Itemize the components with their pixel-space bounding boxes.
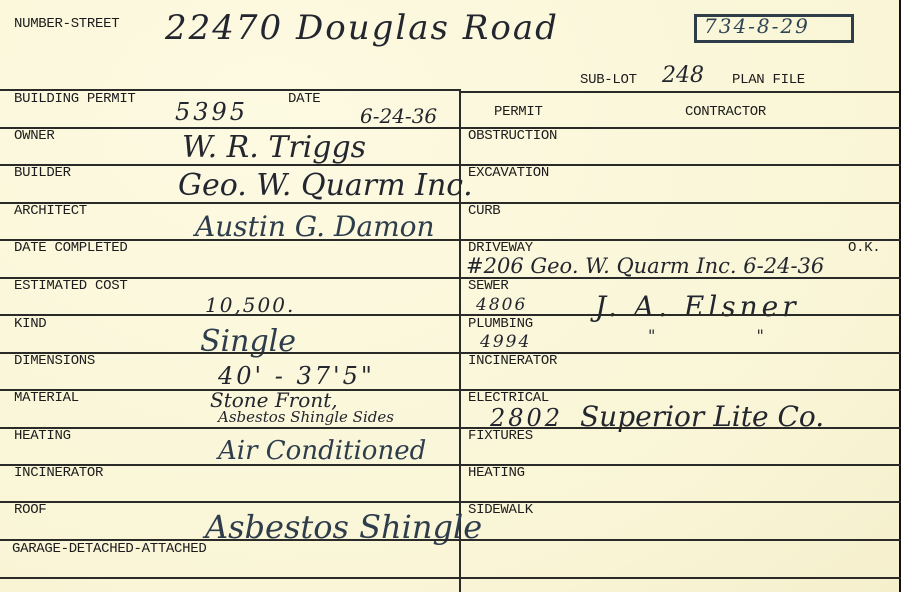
rule-line: [0, 577, 459, 579]
rule-line: [0, 464, 459, 466]
builder-value: Geo. W. Quarm Inc.: [178, 168, 473, 203]
rule-line: [459, 501, 901, 503]
rule-line: [459, 539, 901, 541]
sewer-contractor: J. A. Elsner: [595, 290, 800, 323]
heating-permit-label: HEATING: [468, 465, 525, 481]
rule-line: [459, 91, 901, 93]
plumbing-permit: 4994: [480, 332, 531, 352]
rule-line: [459, 277, 901, 279]
rule-line: [0, 501, 459, 503]
rule-line: [0, 127, 459, 129]
garage-label: GARAGE-DETACHED-ATTACHED: [12, 541, 206, 557]
rule-line: [459, 427, 901, 429]
rule-line: [459, 314, 901, 316]
rule-line: [459, 239, 901, 241]
kind-value: Single: [200, 324, 296, 359]
sub-lot-value: 248: [662, 63, 704, 88]
owner-value: W. R. Triggs: [182, 130, 366, 165]
fixtures-label: FIXTURES: [468, 428, 533, 444]
rule-line: [459, 127, 901, 129]
permit-date-value: 6-24-36: [360, 104, 437, 128]
builder-label: BUILDER: [14, 165, 71, 181]
rule-line: [459, 464, 901, 466]
owner-label: OWNER: [14, 128, 55, 144]
rule-line: [0, 164, 459, 166]
dimensions-label: DIMENSIONS: [14, 353, 95, 369]
rule-line: [0, 239, 459, 241]
estimated-cost-label: ESTIMATED COST: [14, 278, 127, 294]
rule-line: [0, 427, 459, 429]
sidewalk-label: SIDEWALK: [468, 502, 533, 518]
heating-label: HEATING: [14, 428, 71, 444]
kind-label: KIND: [14, 316, 46, 332]
plumbing-contractor-ditto: " ": [648, 326, 812, 345]
rule-line: [459, 389, 901, 391]
contractor-column-header: CONTRACTOR: [685, 104, 766, 120]
rule-line: [0, 539, 459, 541]
rule-line: [0, 352, 459, 354]
incinerator-permit-label: INCINERATOR: [468, 353, 557, 369]
curb-label: CURB: [468, 203, 500, 219]
excavation-label: EXCAVATION: [468, 165, 549, 181]
rule-line: [0, 389, 459, 391]
date-completed-label: DATE COMPLETED: [14, 240, 127, 256]
rule-line: [0, 202, 459, 204]
sub-lot-label: SUB-LOT: [580, 72, 637, 88]
driveway-status: O.K.: [848, 240, 880, 256]
rule-line: [459, 164, 901, 166]
plumbing-label: PLUMBING: [468, 316, 533, 332]
obstruction-label: OBSTRUCTION: [468, 128, 557, 144]
roof-label: ROOF: [14, 502, 46, 518]
heating-value: Air Conditioned: [218, 436, 426, 466]
incinerator-label: INCINERATOR: [14, 465, 103, 481]
rule-line: [459, 202, 901, 204]
architect-label: ARCHITECT: [14, 203, 87, 219]
building-permit-value: 5395: [175, 98, 248, 126]
building-permit-label: BUILDING PERMIT: [14, 91, 136, 107]
sewer-label: SEWER: [468, 278, 509, 294]
dimensions-value: 40' - 37'5": [218, 362, 375, 390]
rule-line: [459, 352, 901, 354]
building-record-card: NUMBER-STREET 22470 Douglas Road 734-8-2…: [0, 0, 901, 592]
permit-column-header: PERMIT: [494, 104, 543, 120]
rule-line: [0, 277, 459, 279]
material-value-line2: Asbestos Shingle Sides: [218, 408, 394, 426]
rule-line: [0, 314, 459, 316]
rule-line: [459, 577, 901, 579]
number-street-value: 22470 Douglas Road: [165, 8, 559, 48]
file-number-stamp: 734-8-29: [704, 14, 810, 38]
driveway-entry: #206 Geo. W. Quarm Inc. 6-24-36: [466, 254, 824, 278]
number-street-label: NUMBER-STREET: [14, 16, 119, 32]
sewer-permit: 4806: [476, 295, 527, 315]
plan-file-label: PLAN FILE: [732, 72, 805, 88]
date-label: DATE: [288, 91, 320, 107]
material-label: MATERIAL: [14, 390, 79, 406]
